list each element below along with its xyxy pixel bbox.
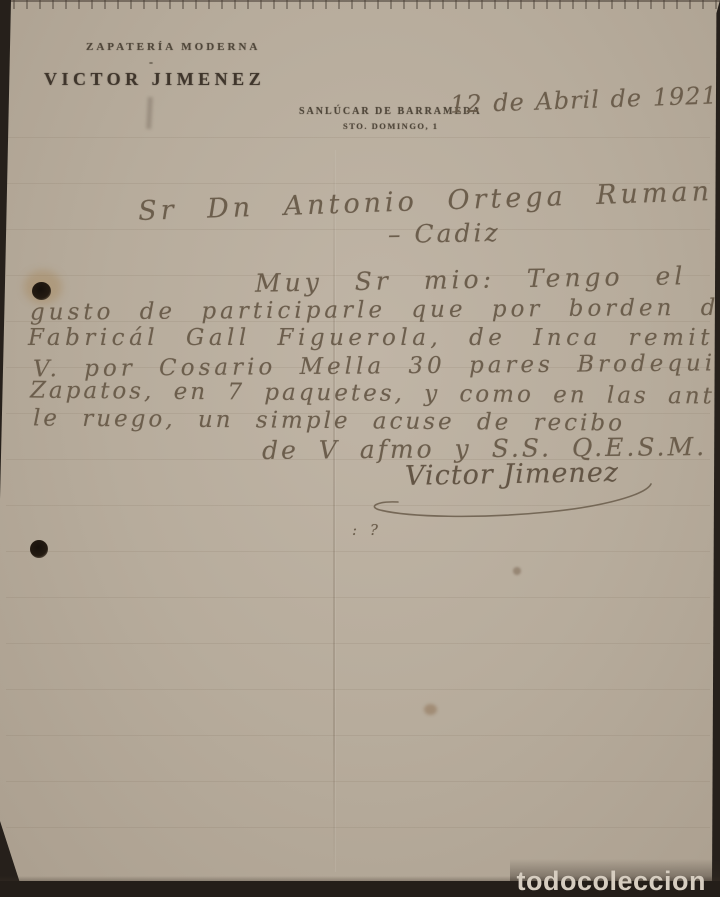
letterhead-shop-name: ZAPATERÍA MODERNA [86, 41, 260, 53]
ink-smudge [146, 97, 153, 129]
recipient-city-line: – Cadiz [388, 218, 501, 249]
letterhead-owner-name: VICTOR JIMENEZ [44, 69, 265, 90]
stray-pencil-mark: : ? [352, 521, 382, 539]
letterhead-street-line: STO. DOMINGO, 1 [343, 121, 439, 131]
body-line-6: le ruego, un simple acuse de recibo [33, 405, 625, 436]
foxing-spot [424, 704, 437, 715]
punch-hole-top [32, 282, 51, 300]
body-line-1: Muy Sr mio: Tengo el [255, 261, 687, 298]
body-line-2: gusto de participarle que por borden de … [30, 294, 720, 325]
letter-paper: ZAPATERÍA MODERNA - VICTOR JIMENEZ SANLÚ… [0, 0, 720, 883]
letterhead-separator-dash: - [149, 55, 153, 70]
fold-crease-highlight [335, 150, 336, 872]
scanned-letter-photo: ZAPATERÍA MODERNA - VICTOR JIMENEZ SANLÚ… [0, 0, 720, 897]
torn-perforated-top-edge [0, 0, 720, 9]
handwritten-date: 12 de Abril de 1921 [450, 81, 719, 118]
todocoleccion-watermark: todocoleccion [516, 868, 706, 895]
signature-flourish [358, 480, 658, 522]
body-line-3: Fabricál Gall Figuerola, de Inca remito … [28, 325, 720, 351]
foxing-spot-small [513, 567, 521, 575]
punch-hole-bottom [30, 540, 48, 558]
body-line-4: V. por Cosario Mella 30 pares Brodequine… [33, 350, 720, 383]
